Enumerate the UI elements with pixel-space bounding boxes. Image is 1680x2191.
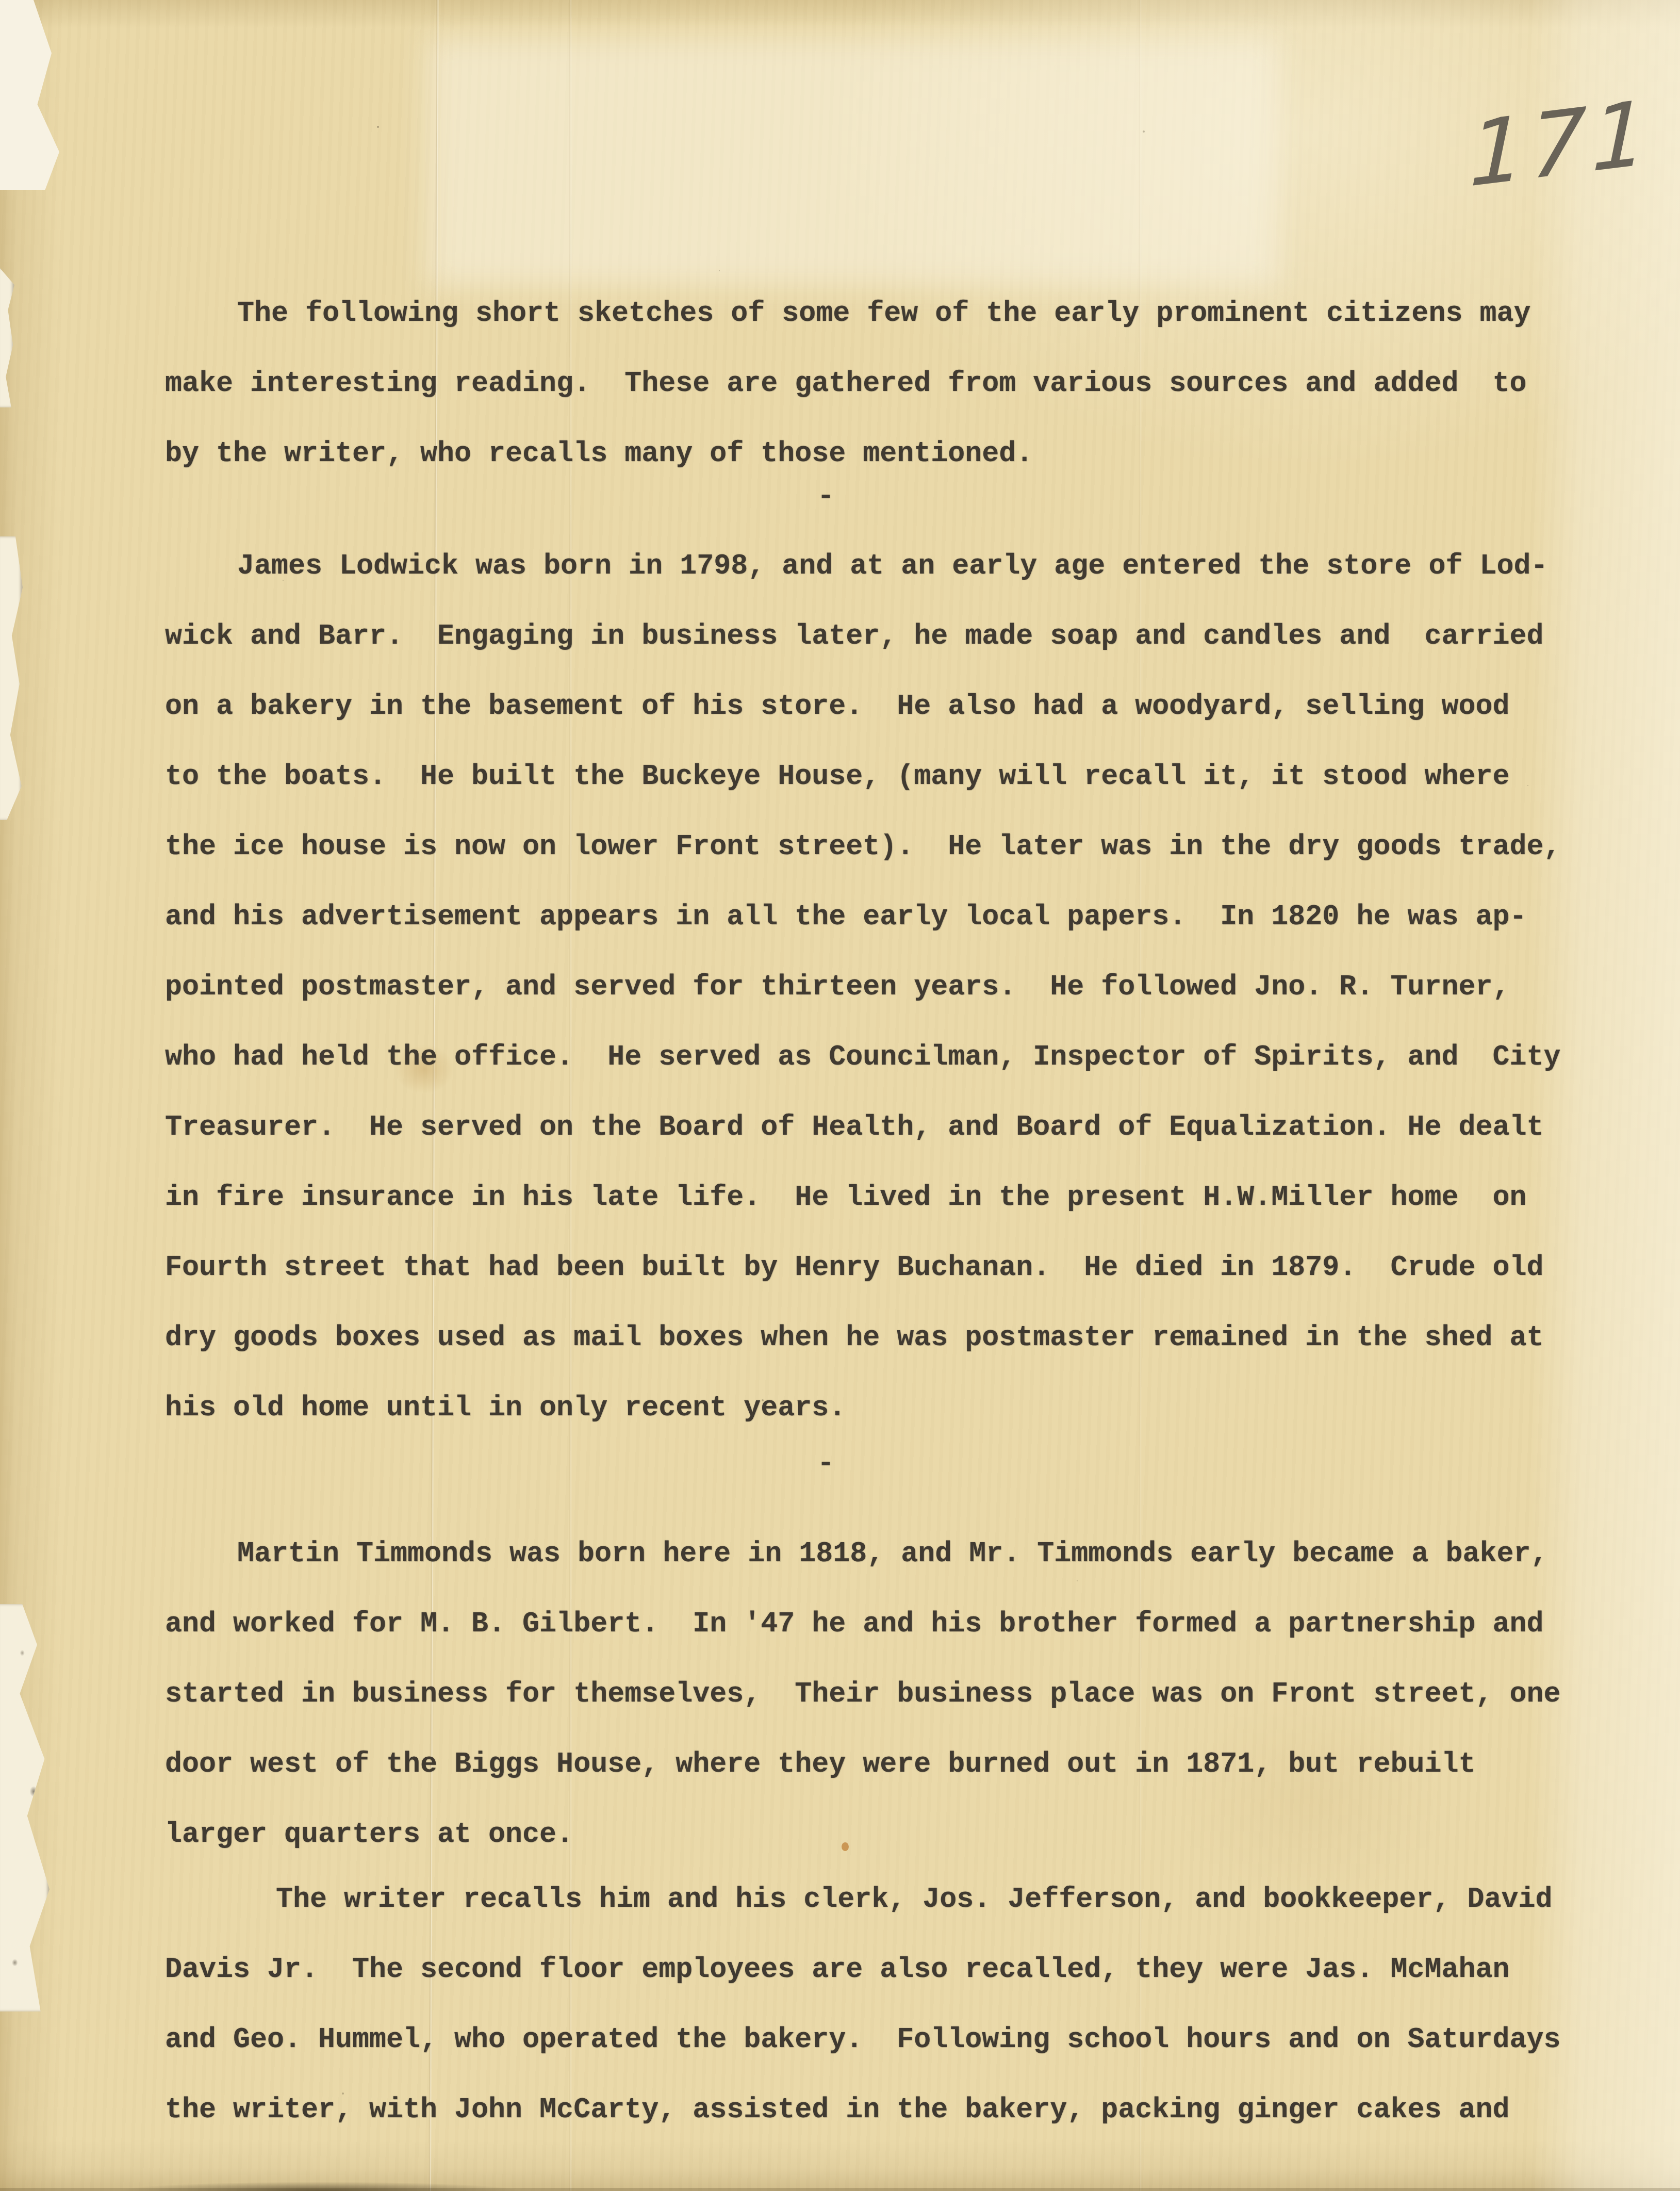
text-line: Fourth street that had been built by Hen… [165,1233,1560,1303]
text-line: Davis Jr. The second floor employees are… [165,1935,1560,2005]
text-line: larger quarters at once. [165,1800,1560,1870]
text-line: make interesting reading. These are gath… [165,349,1530,419]
section-separator: - [817,1429,834,1499]
text-line: who had held the office. He served as Co… [165,1022,1560,1092]
torn-corner [0,0,64,190]
text-line: The writer recalls him and his clerk, Jo… [165,1865,1560,1935]
text-line: the writer, with John McCarty, assisted … [165,2075,1560,2145]
text-line: started in business for themselves, Thei… [165,1659,1560,1729]
paragraph-james-lodwick: James Lodwick was born in 1798, and at a… [165,531,1560,1443]
text-line: Martin Timmonds was born here in 1818, a… [165,1519,1560,1589]
scan-edge-shadow [0,2188,1680,2191]
section-separator: - [817,462,834,532]
paper-specks [0,0,3,3]
text-line: wick and Barr. Engaging in business late… [165,601,1560,672]
paragraph-writer-recollections: The writer recalls him and his clerk, Jo… [165,1865,1560,2145]
text-line: pointed postmaster, and served for thirt… [165,952,1560,1022]
text-line: the ice house is now on lower Front stre… [165,812,1560,882]
text-line: The following short sketches of some few… [165,279,1530,349]
text-line: James Lodwick was born in 1798, and at a… [165,531,1560,601]
torn-edge [0,268,14,407]
text-line: on a bakery in the basement of his store… [165,672,1560,742]
paragraph-martin-timmonds: Martin Timmonds was born here in 1818, a… [165,1519,1560,1870]
page-number: 171 [1469,80,1654,207]
text-line: by the writer, who recalls many of those… [165,419,1530,489]
text-line: in fire insurance in his late life. He l… [165,1163,1560,1233]
paragraph-intro: The following short sketches of some few… [165,279,1530,489]
torn-edge [0,536,23,820]
bleed-through-ghost [428,39,1279,286]
scanned-manuscript-page: 171 The following short sketches of some… [0,0,1680,2191]
text-line: Treasurer. He served on the Board of Hea… [165,1092,1560,1163]
text-line: and Geo. Hummel, who operated the bakery… [165,2005,1560,2075]
text-line: door west of the Biggs House, where they… [165,1729,1560,1800]
text-line: to the boats. He built the Buckeye House… [165,742,1560,812]
text-line: his old home until in only recent years. [165,1373,1560,1443]
text-line: and his advertisement appears in all the… [165,882,1560,952]
torn-edge [0,1604,50,2012]
text-line: dry goods boxes used as mail boxes when … [165,1303,1560,1373]
text-line: and worked for M. B. Gilbert. In '47 he … [165,1589,1560,1659]
